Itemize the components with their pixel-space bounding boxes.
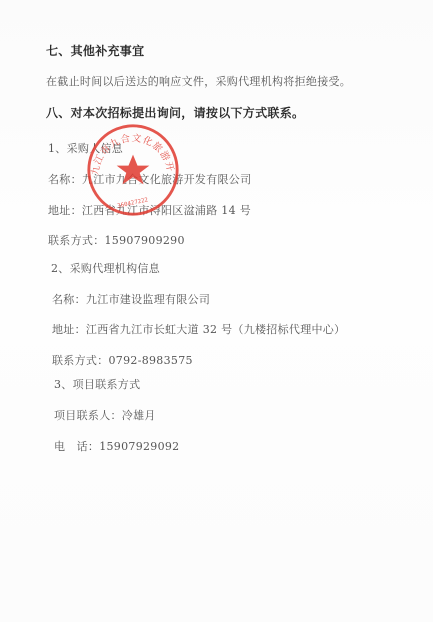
section-7-heading: 七、其他补充事宜 [46, 44, 144, 58]
purchaser-contact: 联系方式：15907909290 [48, 234, 185, 248]
purchaser-address: 地址：江西省九江市浔阳区湓浦路 14 号 [48, 204, 251, 218]
agency-address: 地址：江西省九江市长虹大道 32 号（九楼招标代理中心） [52, 323, 345, 337]
document-page: 七、其他补充事宜 在截止时间以后送达的响应文件，采购代理机构将拒绝接受。 八、对… [0, 0, 433, 622]
agency-info-title: 2、采购代理机构信息 [51, 262, 160, 276]
section-7-text: 在截止时间以后送达的响应文件，采购代理机构将拒绝接受。 [46, 75, 351, 89]
project-contact-person: 项目联系人：冷雄月 [54, 409, 156, 423]
agency-name: 名称：九江市建设监理有限公司 [52, 293, 210, 307]
project-contact-phone: 电 话：15907929092 [54, 440, 179, 454]
agency-contact: 联系方式：0792-8983575 [52, 354, 193, 368]
purchaser-name: 名称：九江市九合文化旅游开发有限公司 [48, 173, 251, 187]
project-contact-title: 3、项目联系方式 [54, 378, 140, 392]
section-8-heading: 八、对本次招标提出询问，请按以下方式联系。 [46, 106, 304, 120]
purchaser-info-title: 1、采购人信息 [48, 142, 123, 156]
